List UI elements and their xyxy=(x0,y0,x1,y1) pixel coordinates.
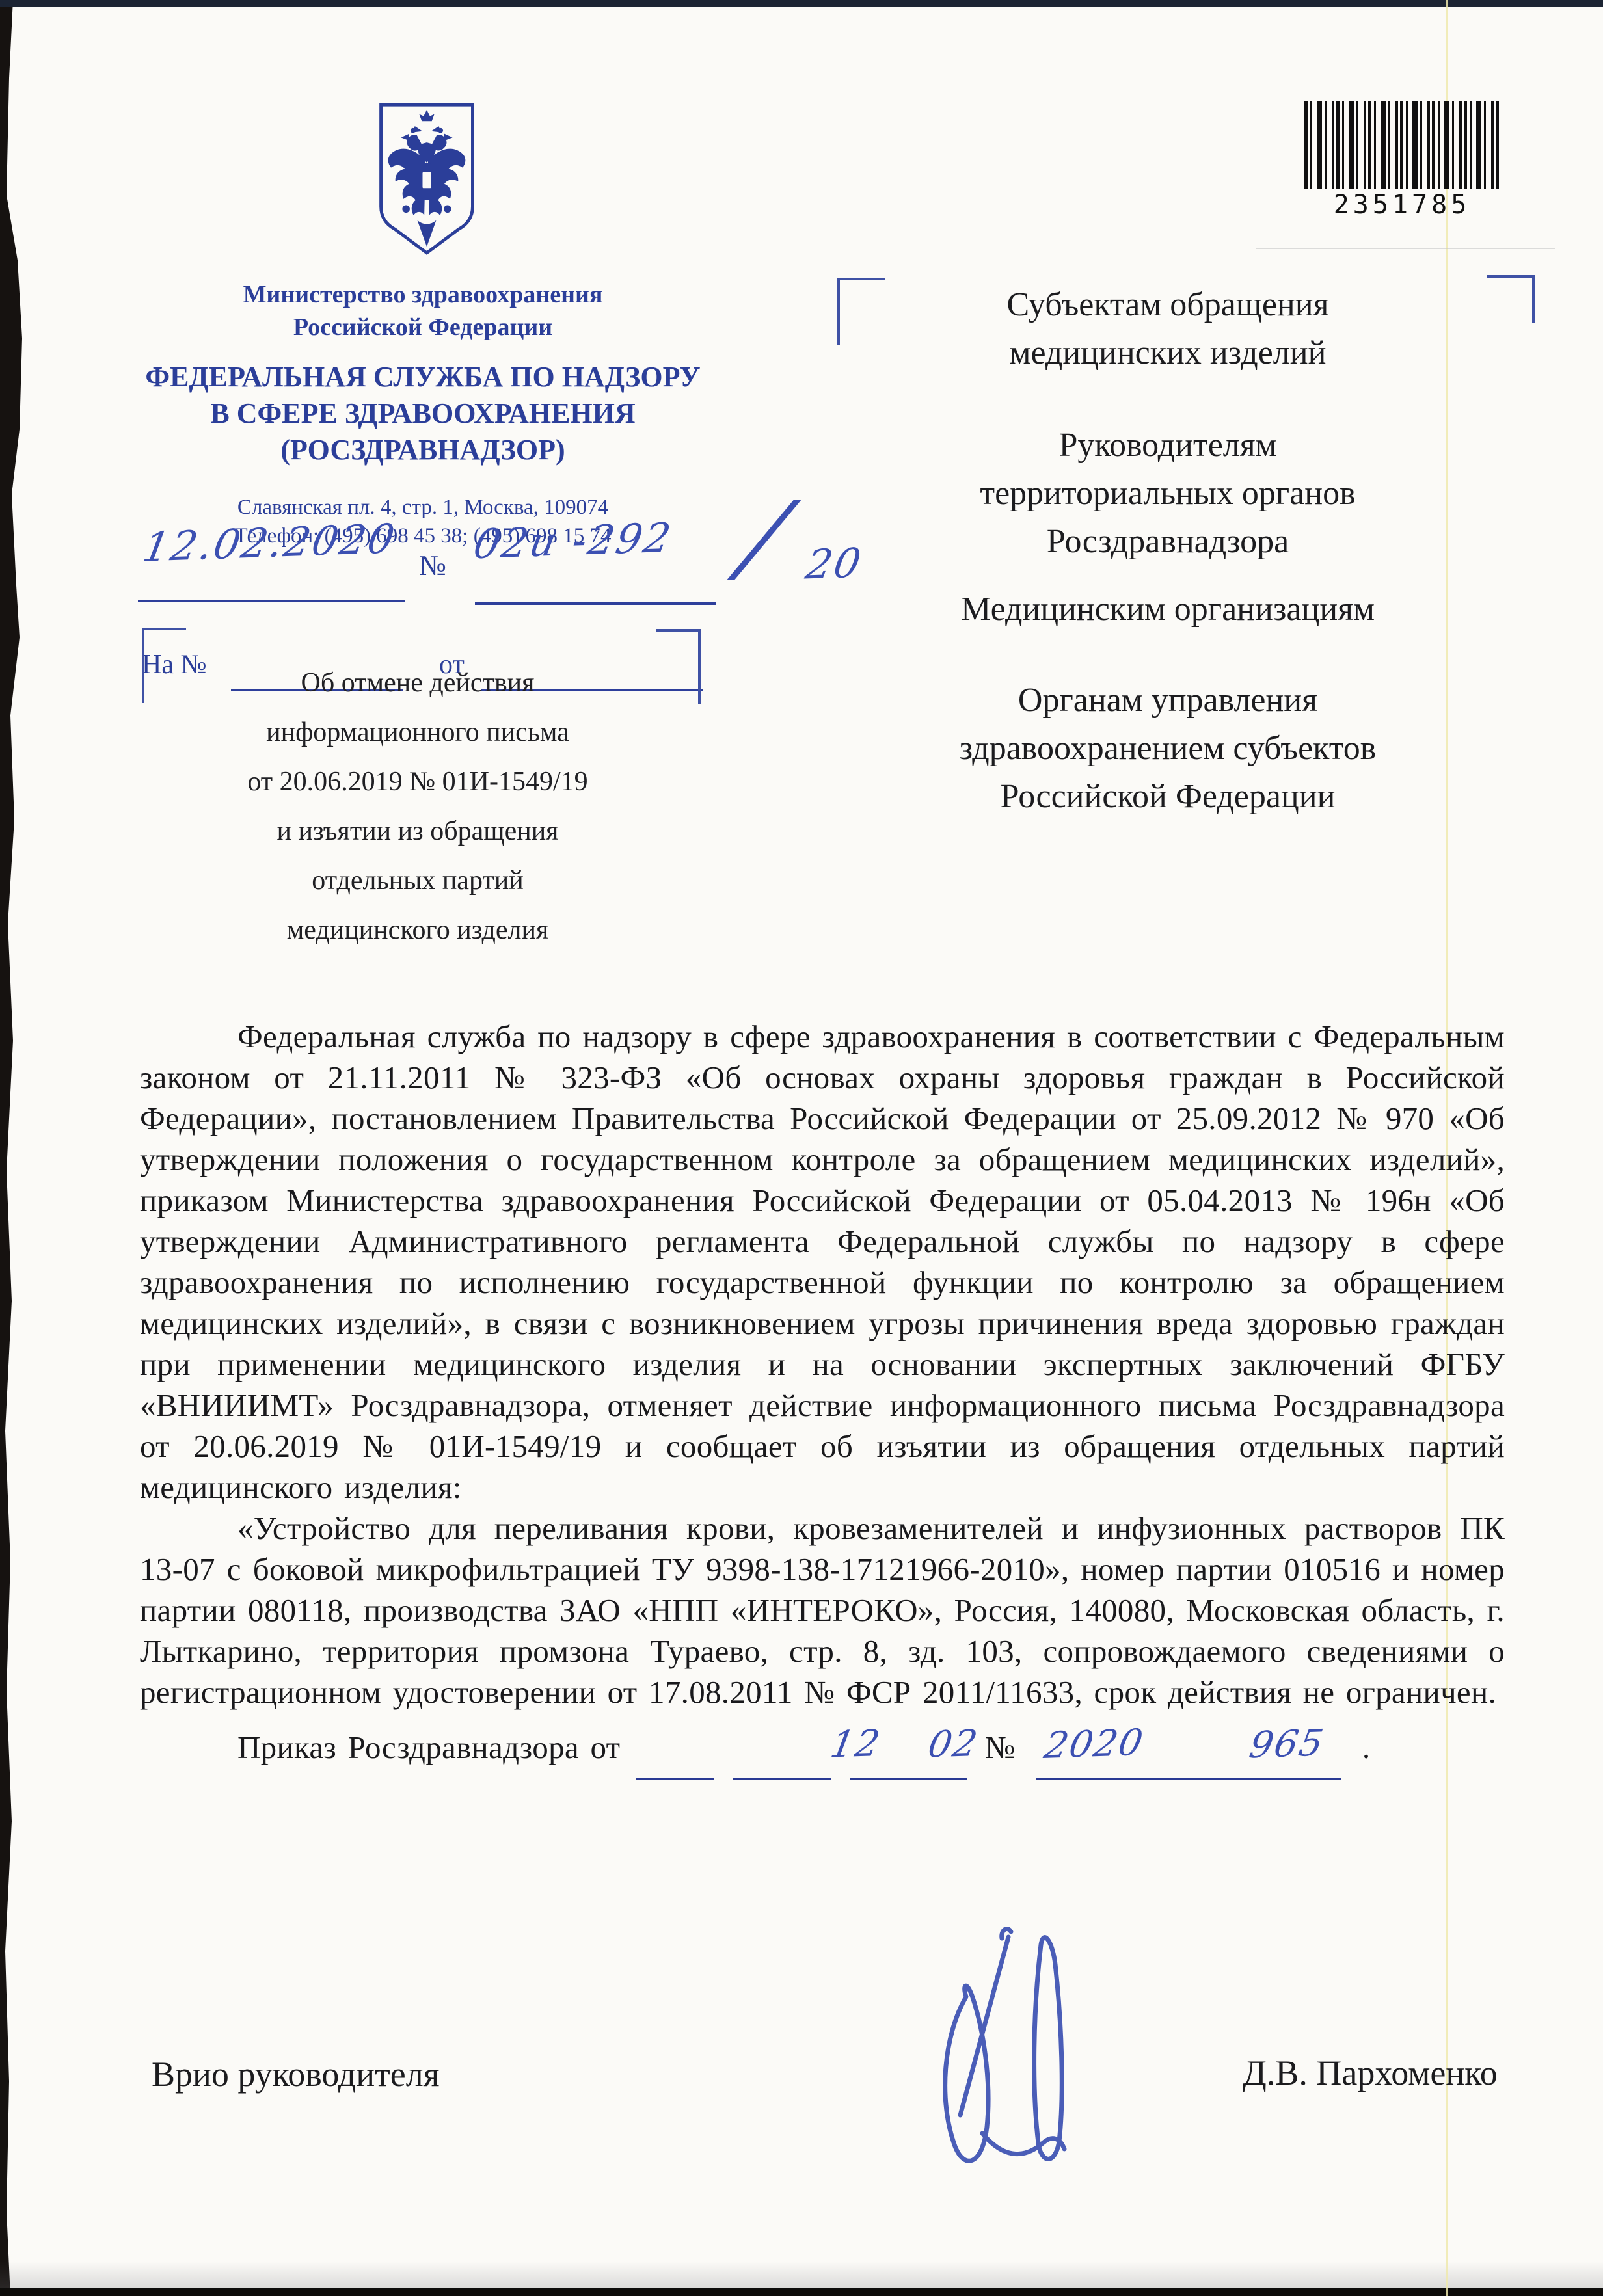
order-date-day-field: 12 xyxy=(636,1716,714,1780)
ministry-header: Министерство здравоохранения Российской … xyxy=(133,278,712,343)
number-sign: № xyxy=(419,549,446,582)
body-paragraph-2: «Устройство для переливания крови, крове… xyxy=(140,1508,1505,1713)
recipient-group: Органам управления здравоохранением субъ… xyxy=(842,676,1493,821)
ministry-line1: Министерство здравоохранения xyxy=(133,278,712,311)
service-line1: ФЕДЕРАЛЬНАЯ СЛУЖБА ПО НАДЗОРУ xyxy=(133,359,712,395)
barcode-number: 2351785 xyxy=(1304,190,1500,220)
recipient-line: Медицинским организациям xyxy=(842,585,1493,634)
signer-name: Д.В. Пархоменко xyxy=(1243,2053,1498,2093)
recipient-group: Субъектам обращения медицинских изделий xyxy=(842,281,1493,377)
subject-block: Об отмене действия информационного письм… xyxy=(170,658,665,955)
letter-body: Федеральная служба по надзору в сфере зд… xyxy=(140,1016,1505,1780)
subject-line: и изъятии из обращения xyxy=(170,807,665,856)
date-underline xyxy=(138,600,405,602)
order-suffix: . xyxy=(1362,1729,1371,1765)
scan-top-edge xyxy=(0,0,1603,7)
number-underline xyxy=(475,602,716,605)
body-paragraph-1: Федеральная служба по надзору в сфере зд… xyxy=(140,1016,1505,1508)
scan-bottom-edge xyxy=(0,2288,1603,2296)
recipient-line: Российской Федерации xyxy=(842,773,1493,821)
barcode xyxy=(1304,101,1500,189)
recipients-bracket-top-right xyxy=(1487,275,1535,323)
subject-line: отдельных партий xyxy=(170,856,665,905)
signer-position-title: Врио руководителя xyxy=(152,2054,440,2094)
coat-of-arms-russia-icon xyxy=(373,98,480,261)
subject-line: от 20.06.2019 № 01И-1549/19 xyxy=(170,757,665,807)
order-prefix: Приказ Росздравнадзора от xyxy=(237,1729,620,1765)
handwritten-outgoing-date: 12.02.2020 xyxy=(139,514,400,570)
recipient-group: Руководителям территориальных органов Ро… xyxy=(842,421,1493,566)
handwritten-order-number: 965 xyxy=(1146,1713,1329,1779)
recipient-line: Руководителям xyxy=(842,421,1493,470)
recipient-group: Медицинским организациям xyxy=(842,585,1493,634)
order-reference-line: Приказ Росздравнадзора от 12 02 2020 № 9… xyxy=(140,1716,1505,1780)
recipient-line: Субъектам обращения xyxy=(842,281,1493,329)
recipient-line: Росздравнадзора xyxy=(842,518,1493,566)
scan-bottom-smudge xyxy=(0,2262,1603,2288)
service-header: ФЕДЕРАЛЬНАЯ СЛУЖБА ПО НАДЗОРУ В СФЕРЕ ЗД… xyxy=(133,359,712,468)
recipient-line: Органам управления xyxy=(842,676,1493,725)
subject-line: информационного письма xyxy=(170,708,665,757)
service-line3: (РОСЗДРАВНАДЗОР) xyxy=(133,432,712,468)
scan-torn-left-edge xyxy=(0,0,29,2296)
subject-line: Об отмене действия xyxy=(170,658,665,708)
handwritten-order-year: 2020 xyxy=(941,1713,1149,1780)
recipient-line: медицинских изделий xyxy=(842,329,1493,377)
handwritten-outgoing-number: 02и -292 xyxy=(470,514,676,568)
subject-line: медицинского изделия xyxy=(170,905,665,955)
handwritten-signature xyxy=(904,1919,1119,2179)
handwritten-number-slash: / xyxy=(730,481,801,594)
recipient-line: здравоохранением субъектов xyxy=(842,725,1493,773)
recipient-line: территориальных органов xyxy=(842,470,1493,518)
scanned-letter-page: 2351785 Министерство здравоохранения Рос… xyxy=(0,0,1603,2296)
service-line2: В СФЕРЕ ЗДРАВООХРАНЕНИЯ xyxy=(133,395,712,432)
ministry-line2: Российской Федерации xyxy=(133,311,712,343)
scan-grey-artifact-line xyxy=(1256,248,1555,249)
